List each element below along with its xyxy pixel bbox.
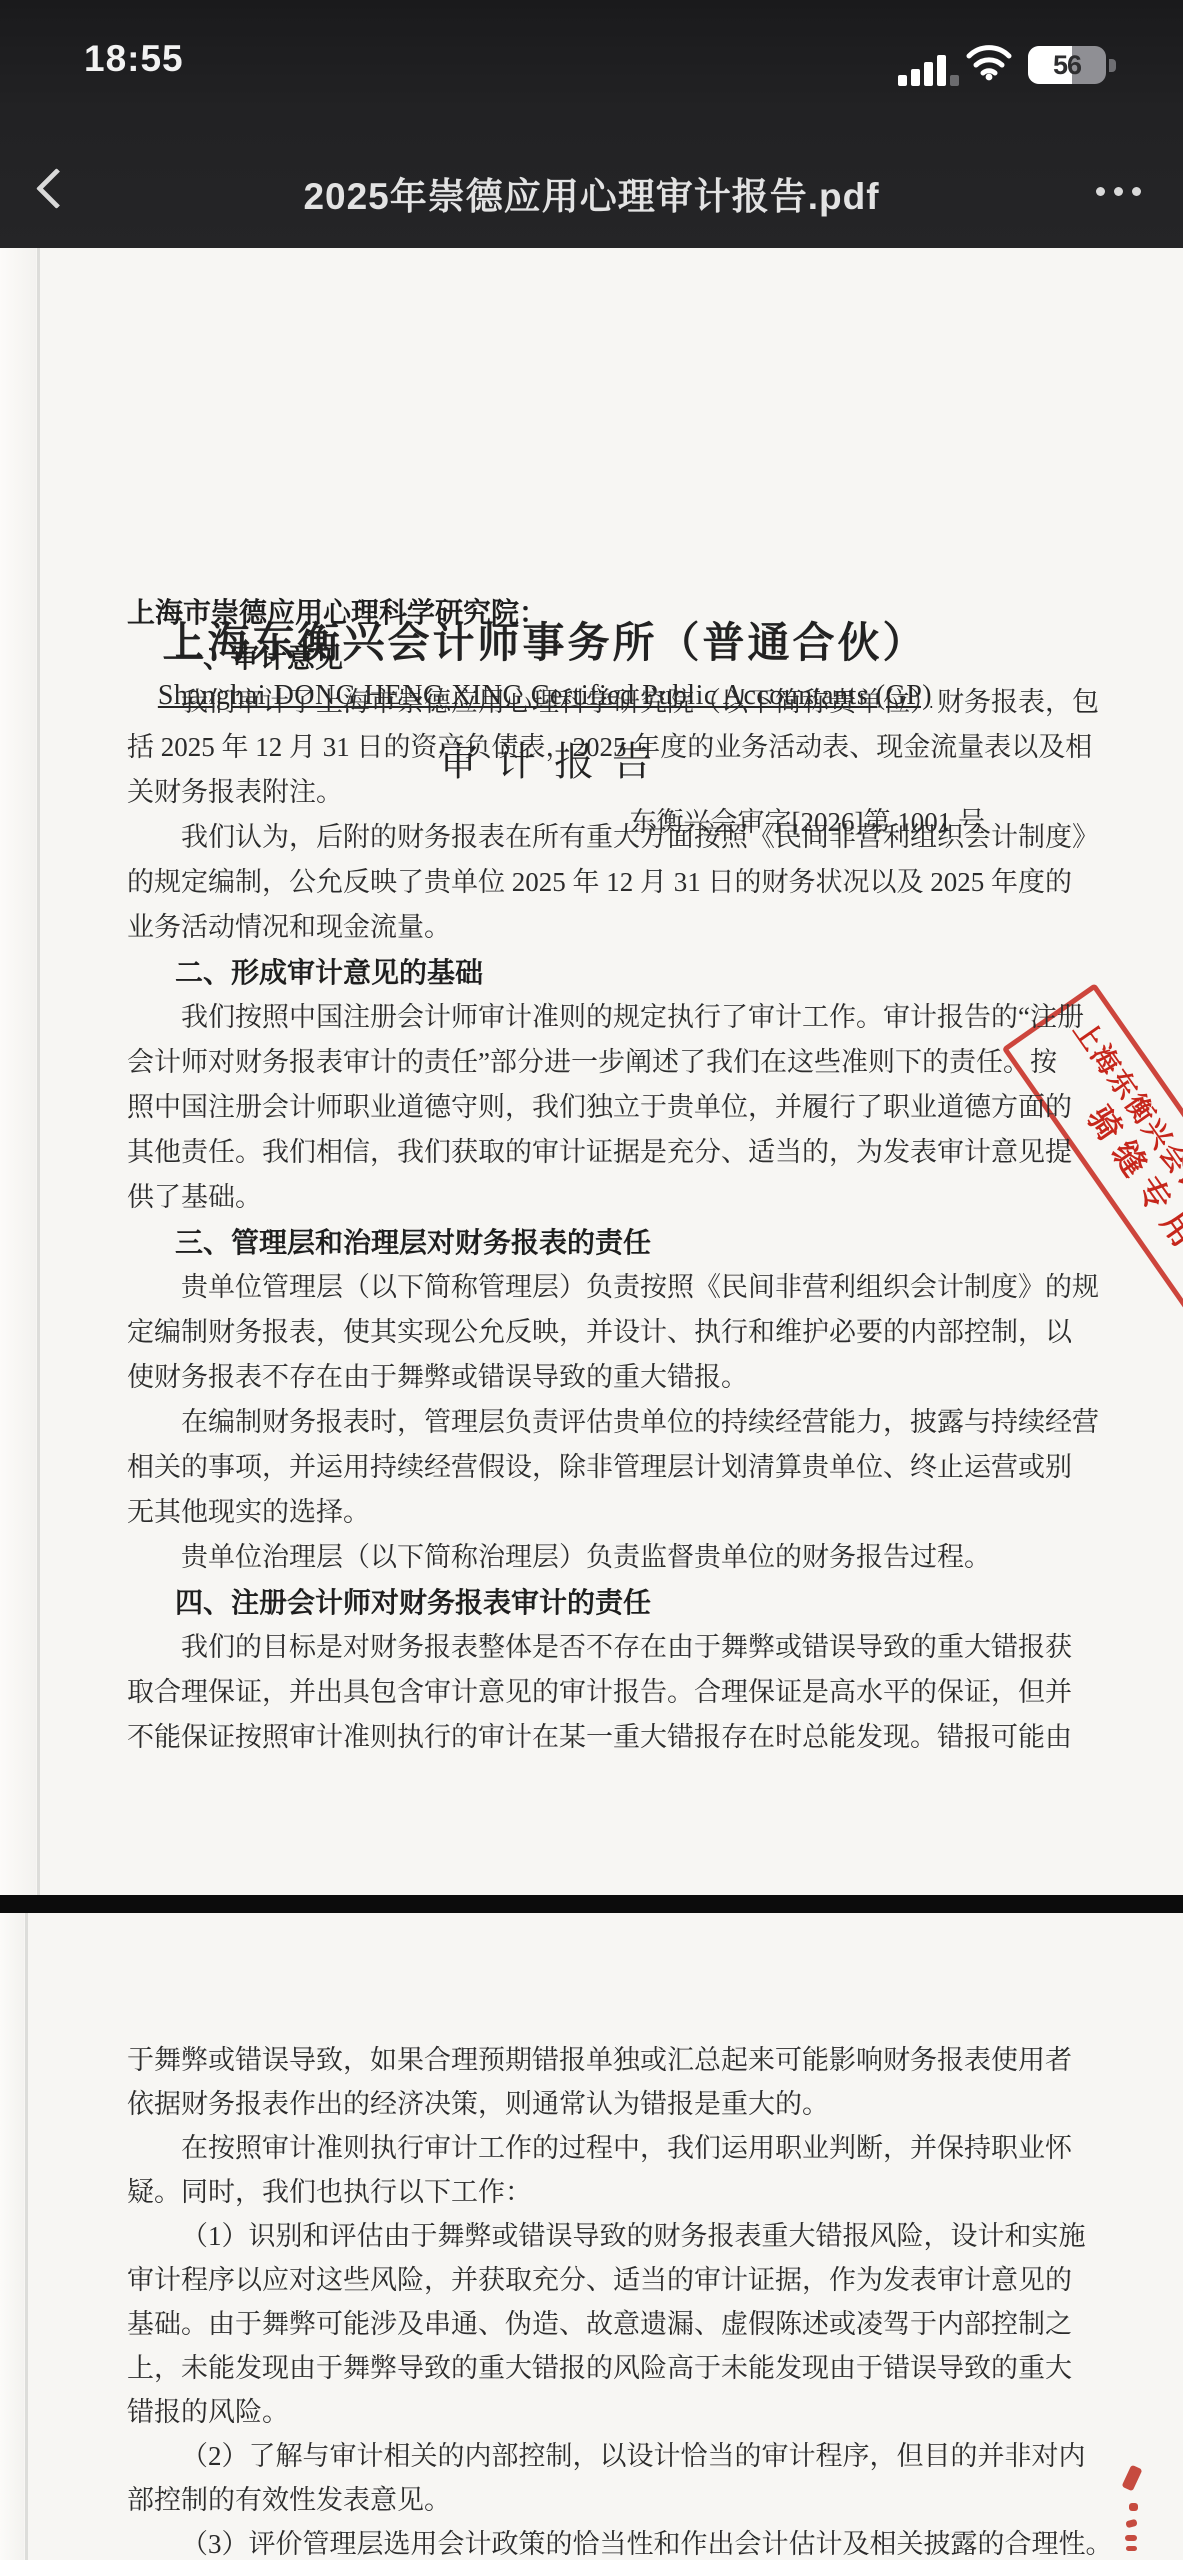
doc-line: 上，未能发现由于舞弊导致的重大错报的风险高于未能发现由于错误导致的重大 (127, 2346, 1072, 2391)
battery-icon: 56 (1028, 46, 1106, 84)
page-edge-shadow (0, 248, 36, 1895)
doc-line: 疑。同时，我们也执行以下工作： (127, 2170, 532, 2215)
doc-line: 二、形成审计意见的基础 (175, 950, 483, 995)
doc-line: 四、注册会计师对财务报表审计的责任 (175, 1580, 651, 1625)
document-title: 2025年崇德应用心理审计报告.pdf (0, 166, 1183, 220)
page-separator (0, 1895, 1183, 1913)
stamp-fragment (1121, 2465, 1142, 2492)
doc-line: 贵单位治理层（以下简称治理层）负责监督贵单位的财务报告过程。 (181, 1535, 991, 1580)
doc-line: 定编制财务报表，使其实现公允反映，并设计、执行和维护必要的内部控制，以 (127, 1310, 1072, 1355)
doc-line: 依据财务报表作出的经济决策，则通常认为错报是重大的。 (127, 2082, 829, 2127)
doc-line: 取合理保证，并出具包含审计意见的审计报告。合理保证是高水平的保证，但并 (127, 1670, 1072, 1715)
doc-line: 其他责任。我们相信，我们获取的审计证据是充分、适当的，为发表审计意见提 (127, 1130, 1072, 1175)
doc-line: 错报的风险。 (127, 2390, 289, 2435)
stamp-fragment (1125, 2519, 1137, 2529)
doc-line: 括 2025 年 12 月 31 日的资产负债表，2025 年度的业务活动表、现… (127, 725, 1092, 770)
doc-line: 一、审计意见 (175, 635, 343, 680)
doc-line: 我们按照中国注册会计师审计准则的规定执行了审计工作。审计报告的“注册 (181, 995, 1084, 1040)
doc-line: 我们审计了上海市崇德应用心理科学研究院（以下简称贵单位）财务报表，包 (181, 680, 1099, 725)
battery-nub-icon (1109, 59, 1116, 72)
page-seam (25, 1913, 28, 2560)
doc-line: 在按照审计准则执行审计工作的过程中，我们运用职业判断，并保持职业怀 (181, 2126, 1072, 2171)
doc-line: 我们的目标是对财务报表整体是否不存在由于舞弊或错误导致的重大错报获 (181, 1625, 1072, 1670)
page-edge-shadow (0, 1913, 24, 2560)
doc-line: （2）了解与审计相关的内部控制，以设计恰当的审计程序，但目的并非对内 (181, 2434, 1086, 2479)
doc-line: 照中国注册会计师职业道德守则，我们独立于贵单位，并履行了职业道德方面的 (127, 1085, 1072, 1130)
app-header: 18:55 56 2025年崇德应用心理审计报告.pdf (0, 0, 1183, 248)
doc-line: 于舞弊或错误导致，如果合理预期错报单独或汇总起来可能影响财务报表使用者 (127, 2038, 1072, 2083)
back-button[interactable] (34, 164, 74, 216)
doc-line: 关财务报表附注。 (127, 770, 343, 815)
doc-line: （3）评价管理层选用会计政策的恰当性和作出会计估计及相关披露的合理性。 (181, 2522, 1113, 2560)
stamp-fragment (1126, 2546, 1137, 2551)
doc-line: 部控制的有效性发表意见。 (127, 2478, 451, 2523)
ellipsis-icon (1096, 187, 1105, 196)
doc-line: 业务活动情况和现金流量。 (127, 905, 451, 950)
doc-line: （1）识别和评估由于舞弊或错误导致的财务报表重大错报风险，设计和实施 (181, 2214, 1086, 2259)
doc-line: 使财务报表不存在由于舞弊或错误导致的重大错报。 (127, 1355, 748, 1400)
doc-line: 贵单位管理层（以下简称管理层）负责按照《民间非营利组织会计制度》的规 (181, 1265, 1099, 1310)
doc-line: 在编制财务报表时，管理层负责评估贵单位的持续经营能力，披露与持续经营 (181, 1400, 1099, 1445)
doc-line: 我们认为，后附的财务报表在所有重大方面按照《民间非营利组织会计制度》 (181, 815, 1099, 860)
stamp-fragment (1129, 2503, 1138, 2511)
doc-line: 基础。由于舞弊可能涉及串通、伪造、故意遗漏、虚假陈述或凌驾于内部控制之 (127, 2302, 1072, 2347)
doc-line: 无其他现实的选择。 (127, 1490, 370, 1535)
doc-line: 的规定编制，公允反映了贵单位 2025 年 12 月 31 日的财务状况以及 2… (127, 860, 1072, 905)
more-options-button[interactable] (1078, 168, 1158, 214)
screen: 18:55 56 2025年崇德应用心理审计报告.pdf (0, 0, 1183, 2560)
doc-line: 三、管理层和治理层对财务报表的责任 (175, 1220, 651, 1265)
page-seam (37, 248, 40, 1895)
doc-line: 会计师对财务报表审计的责任”部分进一步阐述了我们在这些准则下的责任。按 (127, 1040, 1057, 1085)
chevron-left-icon (36, 168, 77, 209)
doc-line: 上海市崇德应用心理科学研究院： (127, 590, 547, 635)
pdf-page-2[interactable]: 于舞弊或错误导致，如果合理预期错报单独或汇总起来可能影响财务报表使用者依据财务报… (0, 1913, 1183, 2560)
doc-line: 审计程序以应对这些风险，并获取充分、适当的审计证据，作为发表审计意见的 (127, 2258, 1072, 2303)
battery-percent: 56 (1028, 46, 1106, 84)
wifi-icon (966, 44, 1012, 82)
doc-line: 相关的事项，并运用持续经营假设，除非管理层计划清算贵单位、终止运营或别 (127, 1445, 1072, 1490)
status-time: 18:55 (84, 38, 184, 80)
cellular-signal-icon (898, 46, 956, 86)
pdf-page-1[interactable]: 上海东衡兴会计师事务所（普通合伙） Shanghai DONG HENG XIN… (0, 248, 1183, 1895)
stamp-fragment (1125, 2535, 1137, 2541)
doc-line: 供了基础。 (127, 1175, 262, 1220)
doc-line: 不能保证按照审计准则执行的审计在某一重大错报存在时总能发现。错报可能由 (127, 1715, 1072, 1760)
